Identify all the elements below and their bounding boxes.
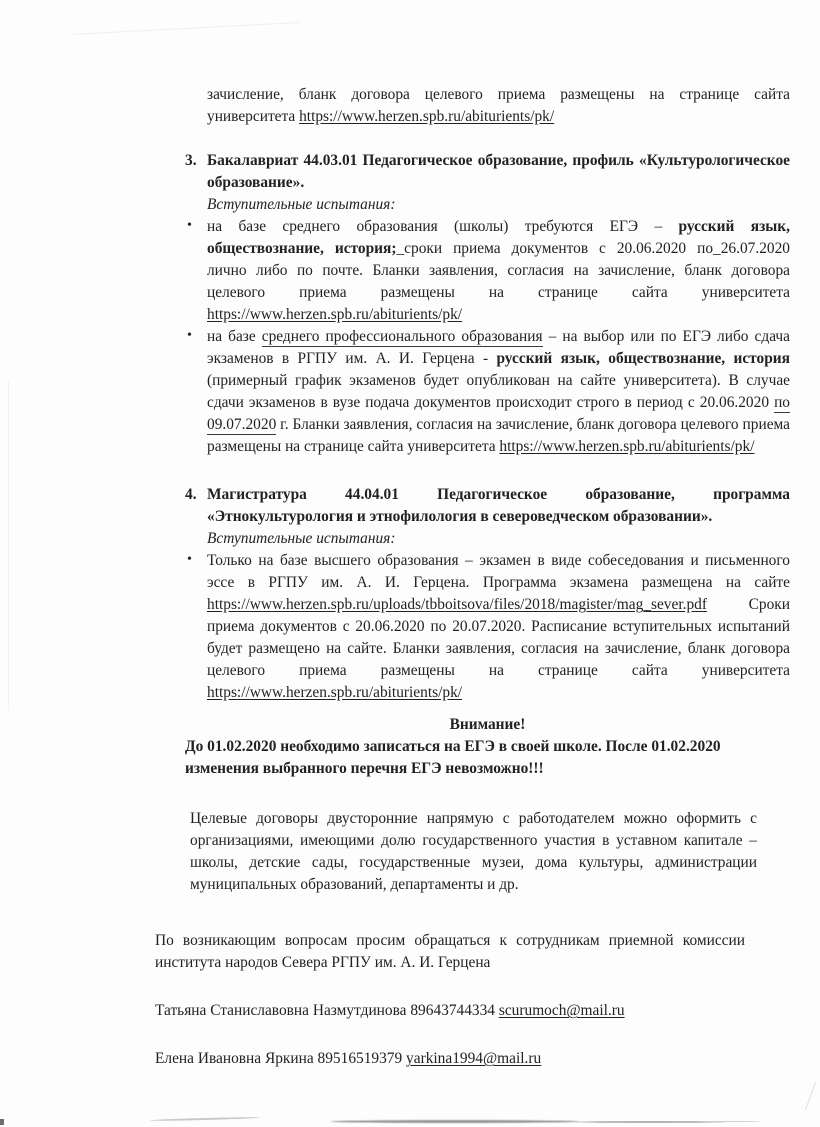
item-3-number: 3. [185,150,197,172]
text-segment: Бакалавриат 44.03.01 Педагогическое обра… [207,152,790,191]
text-segment: среднего профессионального образования [262,328,543,347]
scan-artifact-bottom-smudge [700,1121,760,1123]
scan-artifact-bottom-smudge [150,1117,260,1122]
item-3-entrance-exams-label: Вступительные испытания: [207,194,790,216]
item-3-title: 3. Бакалавриат 44.03.01 Педагогическое о… [155,150,790,194]
text-segment: Только на базе высшего образования – экз… [207,552,790,591]
contact-line-1: Татьяна Станиславовна Назмутдинова 89643… [155,1000,790,1022]
inline-link[interactable]: scurumoch@mail.ru [499,1002,625,1019]
scan-artifact-corner-dot [0,1119,4,1125]
contacts-intro: По возникающим вопросам просим обращатьс… [155,930,745,974]
bullet-marker: • [187,215,192,237]
item-4-entrance-exams-label: Вступительные испытания: [207,528,790,550]
scanned-document-page: зачисление, бланк договора целевого прие… [0,0,820,1127]
scan-artifact-bottom-smudge [330,1120,580,1123]
item-3-bullet-2-text: на базе среднего профессионального образ… [207,328,790,455]
inline-link[interactable]: https://www.herzen.spb.ru/abiturients/pk… [499,438,754,455]
item-3-bullet-1: • на базе среднего образования (школы) т… [155,216,790,326]
attention-warning: До 01.02.2020 необходимо записаться на Е… [185,736,790,780]
scan-artifact-right-scratch [805,1082,816,1111]
scan-artifact-bottom-smudge [575,1121,725,1123]
text-segment: Татьяна Станиславовна Назмутдинова 89643… [155,1002,499,1019]
text-segment: (примерный график экзаменов будет опубли… [207,372,790,411]
item-4-title: 4. Магистратура 44.04.01 Педагогическое … [155,484,790,528]
inline-link[interactable]: yarkina1994@mail.ru [406,1050,541,1067]
inline-link[interactable]: https://www.herzen.spb.ru/abiturients/pk… [299,108,554,125]
text-segment: русский язык, обществознание, история [496,350,790,367]
inline-link[interactable]: https://www.herzen.spb.ru/abiturients/pk… [207,684,462,701]
item-3-bullet-2: • на базе среднего профессионального обр… [155,326,790,458]
contracts-paragraph: Целевые договоры двусторонние напрямую с… [190,808,757,896]
attention-heading: Внимание! [185,714,790,736]
document-content: зачисление, бланк договора целевого прие… [155,84,790,1096]
item-4-title-text: Магистратура 44.04.01 Педагогическое обр… [207,486,790,525]
text-segment: Магистратура 44.04.01 Педагогическое обр… [207,486,790,525]
scan-artifact-corner-line [70,22,300,35]
scan-artifact-left-streak [8,380,9,710]
item-3-title-text: Бакалавриат 44.03.01 Педагогическое обра… [207,152,790,191]
inline-link[interactable]: https://www.herzen.spb.ru/uploads/tbboit… [207,596,707,613]
item-4-bullet-1-text: Только на базе высшего образования – экз… [207,552,790,701]
text-segment: Елена Ивановна Яркина 89516519379 [155,1050,406,1067]
text-segment: на базе среднего образования (школы) тре… [207,218,679,235]
item-4-bullet-1: • Только на базе высшего образования – э… [155,550,790,704]
item-3-bullet-1-text: на базе среднего образования (школы) тре… [207,218,790,323]
text-segment: на базе [207,328,262,345]
bullet-marker: • [187,325,192,347]
inline-link[interactable]: https://www.herzen.spb.ru/abiturients/pk… [207,306,462,323]
item-4-number: 4. [185,484,197,506]
contact-line-2: Елена Ивановна Яркина 89516519379 yarkin… [155,1048,790,1070]
bullet-marker: • [187,549,192,571]
continuation-paragraph: зачисление, бланк договора целевого прие… [207,84,790,128]
